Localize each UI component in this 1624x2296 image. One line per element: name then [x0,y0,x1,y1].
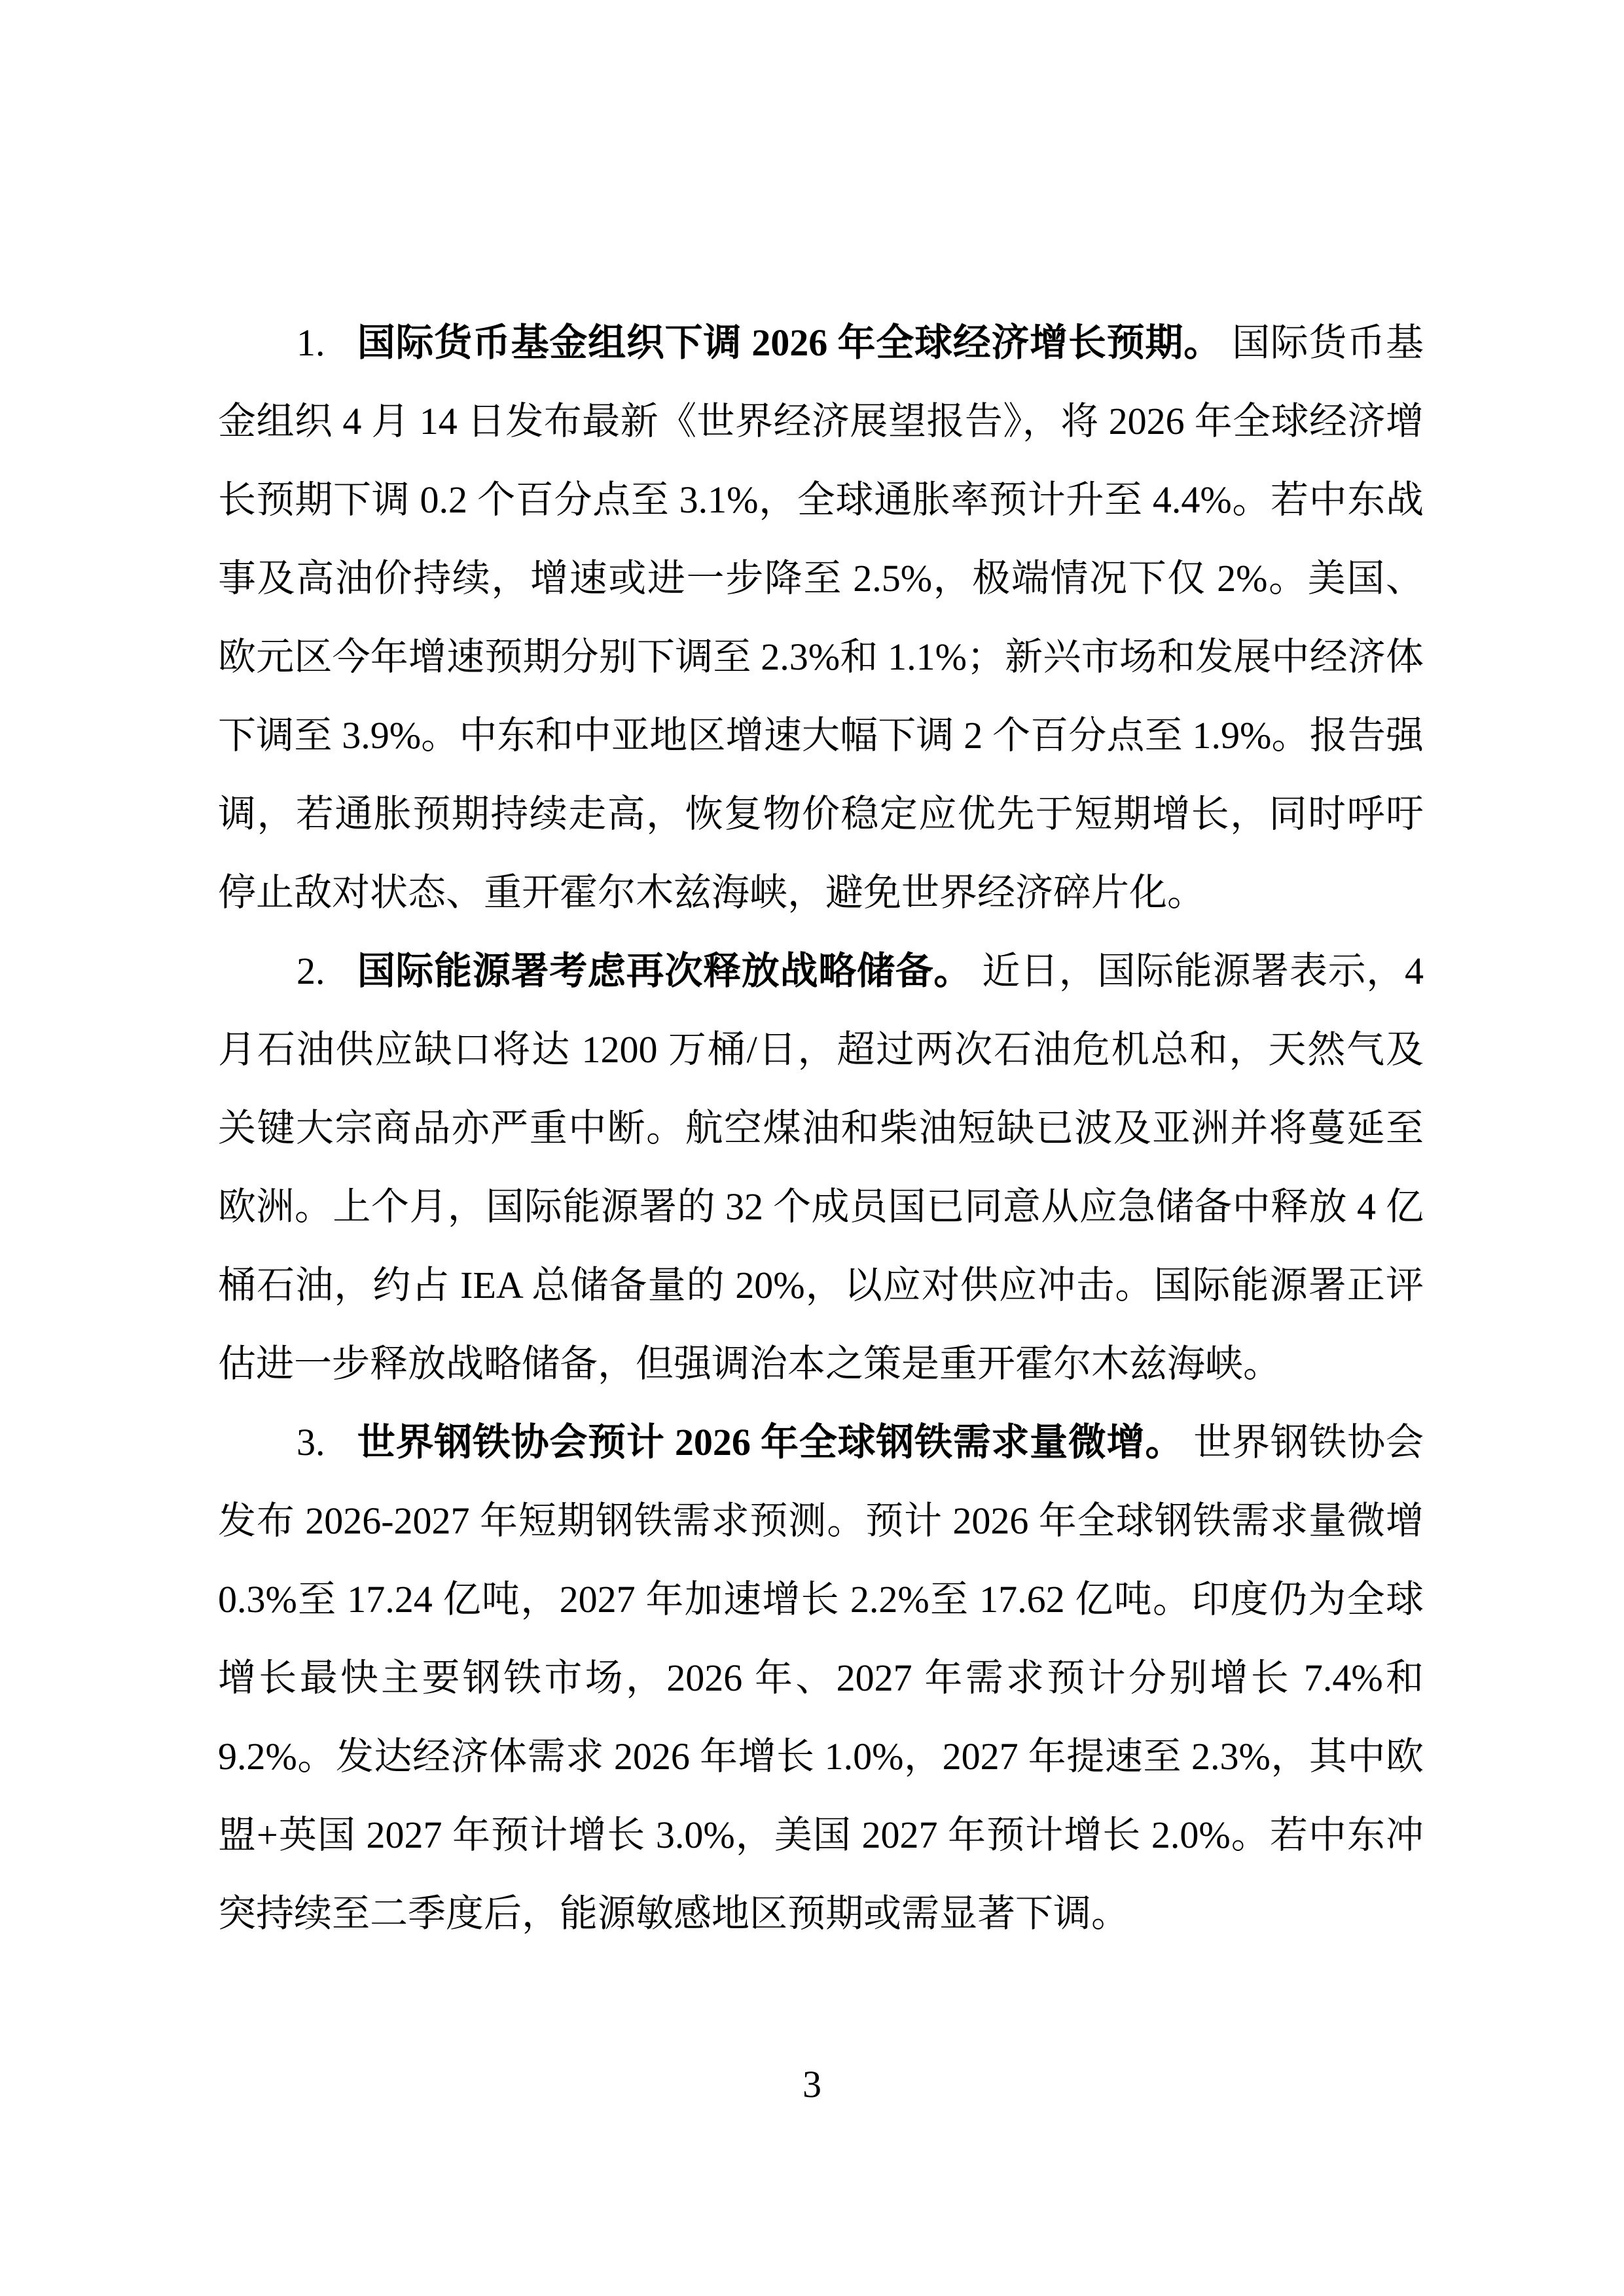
paragraph-number: 1. [297,321,325,364]
paragraph-iea-reserves: 2. 国际能源署考虑再次释放战略储备。 近日，国际能源署表示，4 月石油供应缺口… [218,932,1424,1403]
paragraph-heading: 世界钢铁协会预计 2026 年全球钢铁需求量微增。 [357,1421,1183,1463]
paragraph-body-text: 世界钢铁协会发布 2026-2027 年短期钢铁需求预测。预计 2026 年全球… [218,1421,1424,1935]
page-number: 3 [0,2065,1624,2104]
paragraph-heading: 国际能源署考虑再次释放战略储备。 [357,950,972,992]
paragraph-imf-outlook: 1. 国际货币基金组织下调 2026 年全球经济增长预期。 国际货币基金组织 4… [218,304,1424,932]
paragraph-number: 2. [297,950,325,992]
paragraph-body-text: 国际货币基金组织 4 月 14 日发布最新《世界经济展望报告》，将 2026 年… [218,321,1424,914]
paragraph-heading: 国际货币基金组织下调 2026 年全球经济增长预期。 [357,321,1222,364]
paragraph-body-text: 近日，国际能源署表示，4 月石油供应缺口将达 1200 万桶/日，超过两次石油危… [218,950,1424,1385]
document-page: 1. 国际货币基金组织下调 2026 年全球经济增长预期。 国际货币基金组织 4… [0,0,1624,2296]
paragraph-number: 3. [297,1421,325,1463]
paragraph-steel-demand: 3. 世界钢铁协会预计 2026 年全球钢铁需求量微增。 世界钢铁协会发布 20… [218,1403,1424,1953]
document-text-block: 1. 国际货币基金组织下调 2026 年全球经济增长预期。 国际货币基金组织 4… [218,304,1424,1953]
